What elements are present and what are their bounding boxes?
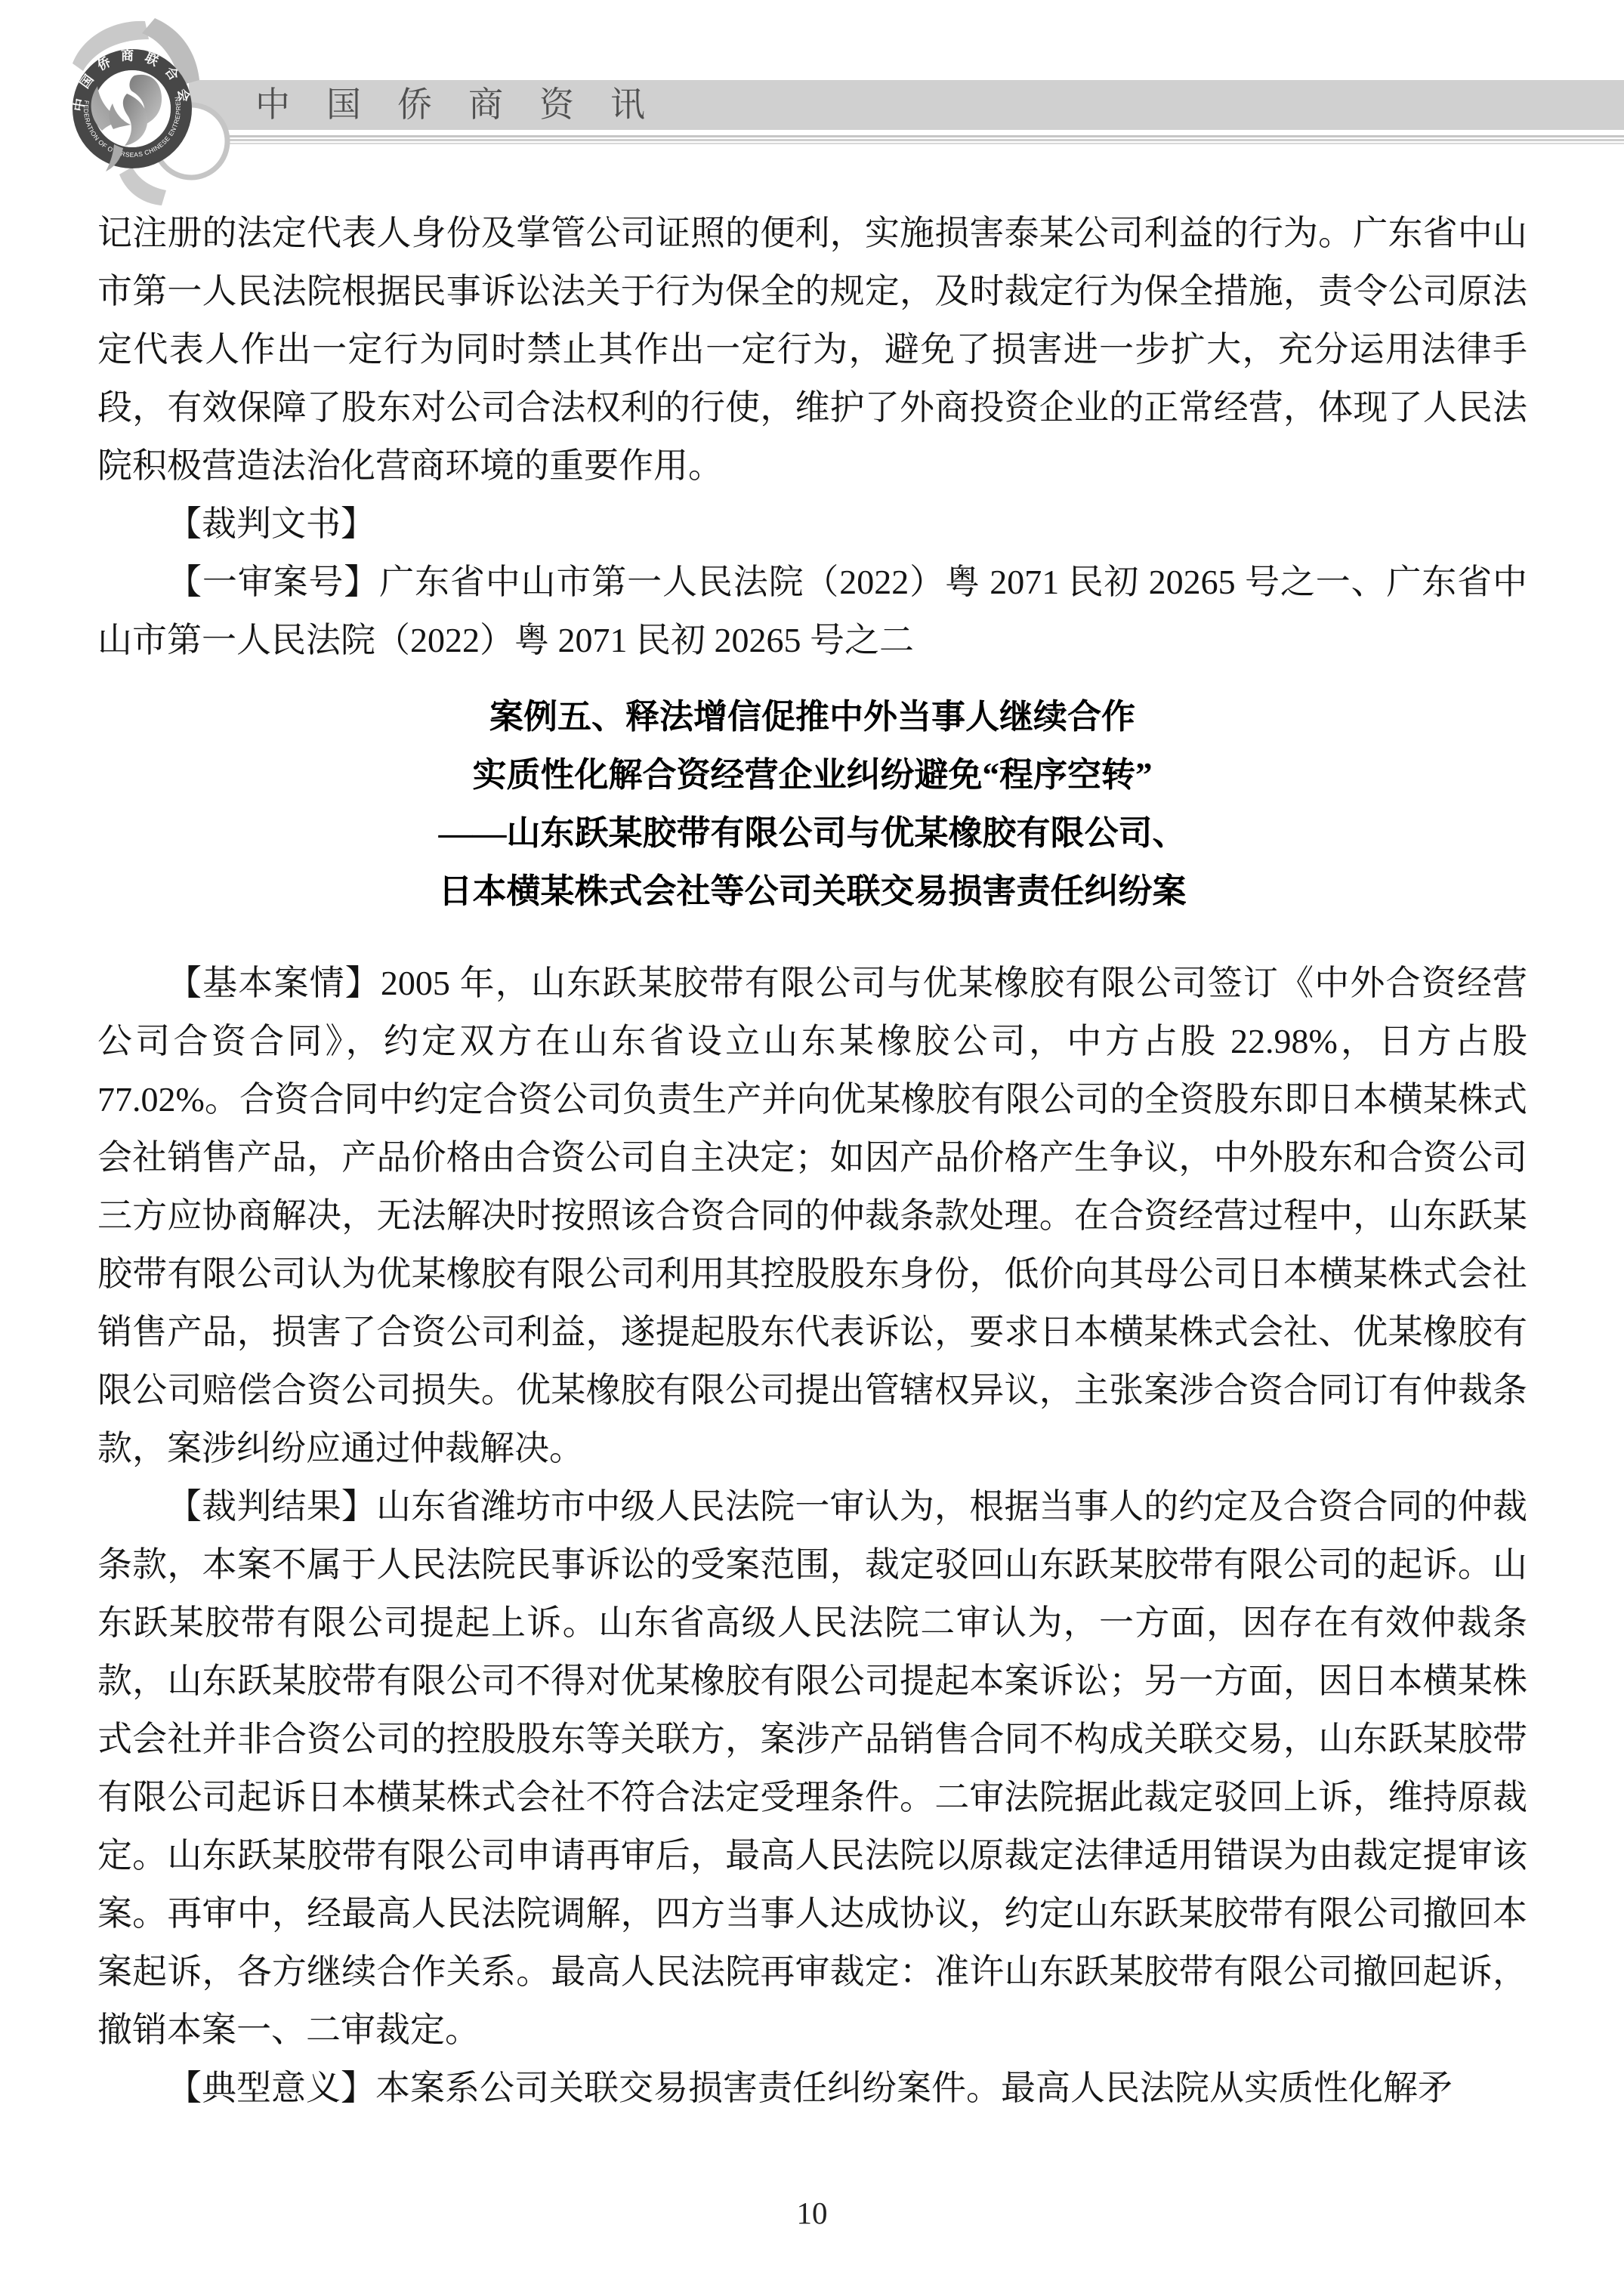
header-rule-line-1 bbox=[189, 135, 1624, 137]
paragraph-first-instance-case-numbers: 【一审案号】广东省中山市第一人民法院（2022）粤 2071 民初 20265 … bbox=[97, 553, 1527, 669]
case-heading-block: 案例五、释法增信促推中外当事人继续合作 实质性化解合资经营企业纠纷避免“程序空转… bbox=[97, 688, 1527, 921]
case-heading-line-1: 案例五、释法增信促推中外当事人继续合作 bbox=[97, 688, 1527, 746]
case-heading-line-4: 日本横某株式会社等公司关联交易损害责任纠纷案 bbox=[97, 863, 1527, 921]
paragraph-continuation: 记注册的法定代表人身份及掌管公司证照的便利，实施损害泰某公司利益的行为。广东省中… bbox=[97, 204, 1527, 495]
main-text-column: 记注册的法定代表人身份及掌管公司证照的便利，实施损害泰某公司利益的行为。广东省中… bbox=[97, 204, 1527, 2117]
cfoce-logo: 中国侨商联合会 CHINA FEDERATION OF OVERSEAS CHI… bbox=[0, 0, 249, 227]
paragraph-basic-facts: 【基本案情】2005 年，山东跃某胶带有限公司与优某橡胶有限公司签订《中外合资经… bbox=[97, 954, 1527, 1477]
header-rule-line-3 bbox=[189, 143, 1624, 144]
paragraph-typical-significance: 【典型意义】本案系公司关联交易损害责任纠纷案件。最高人民法院从实质性化解矛 bbox=[97, 2059, 1527, 2117]
section-label-judgment-documents: 【裁判文书】 bbox=[97, 495, 1527, 553]
document-page: 中国侨商资讯 中国侨商联合会 bbox=[0, 0, 1624, 2293]
header-rule-line-2 bbox=[189, 139, 1624, 141]
case-heading-line-3: ——山东跃某胶带有限公司与优某橡胶有限公司、 bbox=[97, 804, 1527, 863]
paragraph-adjudication-result: 【裁判结果】山东省潍坊市中级人民法院一审认为，根据当事人的约定及合资合同的仲裁条… bbox=[97, 1477, 1527, 2059]
header-banner-title: 中国侨商资讯 bbox=[255, 88, 681, 122]
page-number: 10 bbox=[0, 2198, 1624, 2229]
case-heading-line-2: 实质性化解合资经营企业纠纷避免“程序空转” bbox=[97, 746, 1527, 804]
